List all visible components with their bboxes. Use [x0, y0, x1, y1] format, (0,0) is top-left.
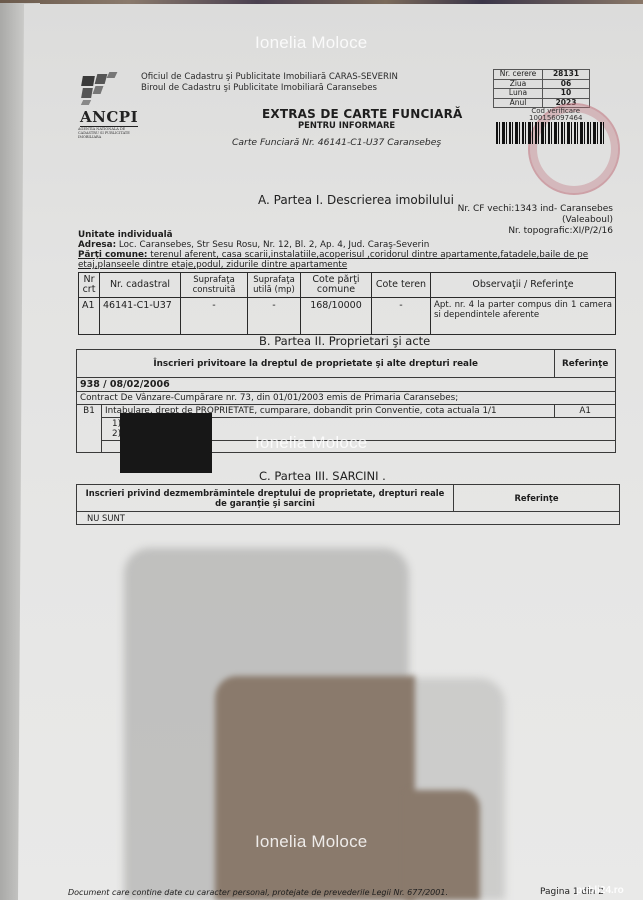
carte-funciara-number: Carte Funciară Nr. 46141-C1-U37 Caranseb…	[232, 137, 441, 148]
table-row: A1 46141-C1-U37 - - 168/10000 - Apt. nr.…	[79, 298, 616, 335]
logo-subtitle: Agentia Nationala de Cadastru si Publici…	[78, 127, 140, 139]
document-title: EXTRAS DE CARTE FUNCIARĂ	[262, 107, 463, 121]
logo-text: ANCPI	[80, 108, 138, 127]
hand-shadow-thumb	[405, 790, 480, 900]
watermark-middle: Ionelia Moloce	[255, 433, 367, 453]
watermark-bottom: Ionelia Moloce	[255, 832, 367, 852]
watermark-top: Ionelia Moloce	[255, 33, 367, 53]
office-name: Oficiul de Cadastru şi Publicitate Imobi…	[141, 72, 398, 94]
property-description-table: Nr crt Nr. cadastral Suprafaţa construit…	[78, 272, 616, 335]
footer-disclaimer: Document care contine date cu caracter p…	[68, 888, 448, 897]
unit-type: Unitate individuală	[78, 230, 173, 240]
redaction-block	[120, 413, 212, 473]
document-subtitle: PENTRU INFORMARE	[298, 120, 395, 130]
verification-code: Cod verificare 100156097464	[529, 108, 582, 122]
site-watermark: publi24.ro	[576, 885, 624, 896]
cf-old-number: Nr. CF vechi:1343 ind- Caransebes (Valea…	[458, 204, 613, 226]
encumbrances-table: Inscrieri privind dezmembrămintele drept…	[76, 484, 620, 525]
topographic-number: Nr. topografic:XI/P/2/16	[508, 226, 613, 236]
part-a-heading: A. Partea I. Descrierea imobilului	[258, 193, 454, 207]
part-b-heading: B. Partea II. Proprietari şi acte	[259, 334, 430, 348]
part-c-heading: C. Partea III. SARCINI .	[259, 469, 386, 483]
barcode	[496, 122, 606, 144]
ancpi-logo: ANCPI Agentia Nationala de Cadastru si P…	[78, 72, 142, 138]
common-parts: Părţi comune: terenul aferent, casa scar…	[78, 250, 616, 270]
address: Adresa: Loc. Caransebes, Str Sesu Rosu, …	[78, 240, 429, 250]
hand-shadow	[215, 676, 415, 900]
